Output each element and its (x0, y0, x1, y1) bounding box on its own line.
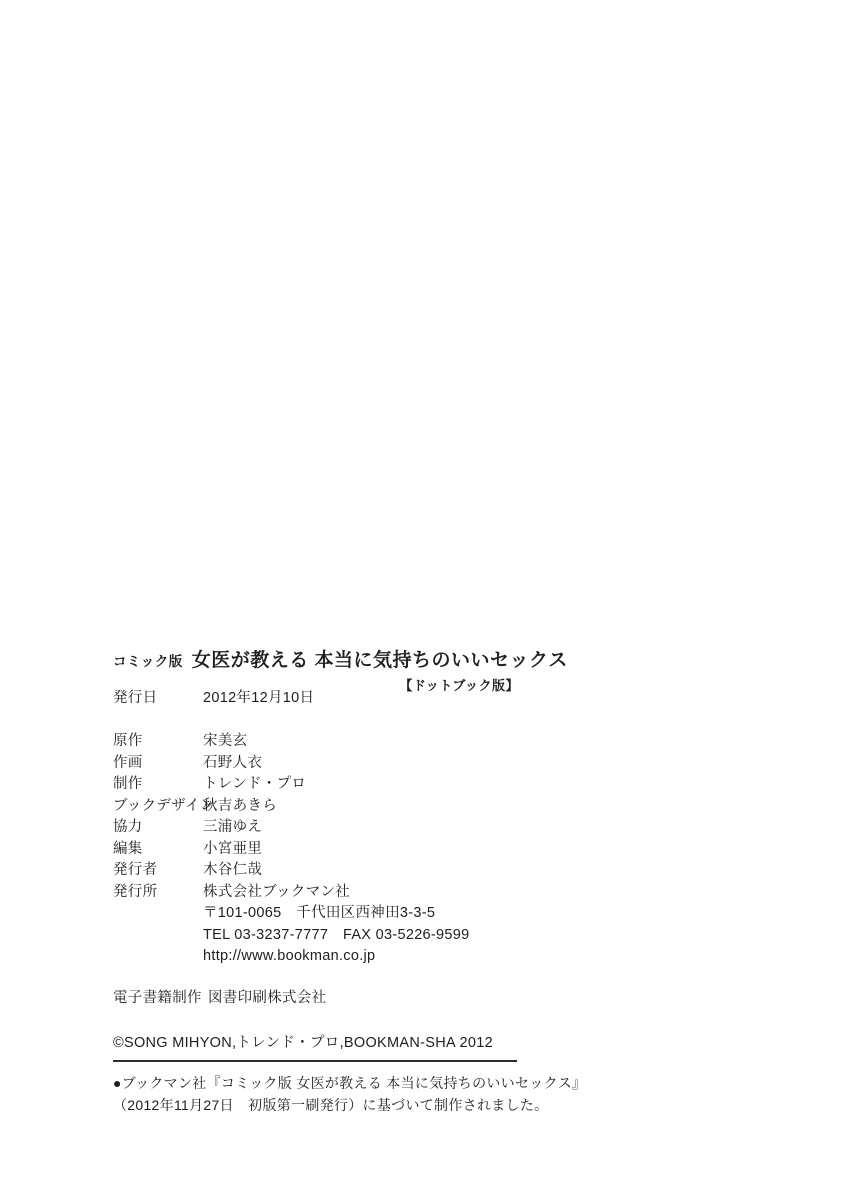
colophon-value: 宋美玄 (203, 731, 247, 753)
colophon-row-artist: 作画 石野人衣 (113, 753, 533, 775)
colophon-label: 制作 (113, 774, 203, 796)
divider-rule (113, 1060, 517, 1062)
colophon-label: 発行所 (113, 882, 203, 904)
colophon-value: 木谷仁哉 (203, 860, 262, 882)
colophon-label: 編集 (113, 839, 203, 861)
colophon-value: 三浦ゆえ (203, 817, 262, 839)
title-block: コミック版 女医が教える 本当に気持ちのいいセックス 【ドットブック版】 (113, 645, 519, 694)
ebook-production-value: 図書印刷株式会社 (208, 988, 326, 1010)
publisher-url: http://www.bookman.co.jp (203, 946, 543, 968)
copyright-line: ©SONG MIHYON,トレンド・プロ,BOOKMAN-SHA 2012 (113, 1031, 543, 1052)
colophon-row-publisher-person: 発行者 木谷仁哉 (113, 860, 533, 882)
ebook-production-row: 電子書籍制作 図書印刷株式会社 (113, 988, 533, 1010)
colophon-label: 発行日 (113, 688, 203, 710)
colophon-value: 小宮亜里 (203, 839, 262, 861)
publisher-details: 〒101-0065 千代田区西神田3-3-5 TEL 03-3237-7777 … (203, 903, 543, 968)
colophon-row-editor: 編集 小宮亜里 (113, 839, 533, 861)
colophon-value: 株式会社ブックマン社 (203, 882, 350, 904)
colophon-row-cooperation: 協力 三浦ゆえ (113, 817, 533, 839)
colophon-row-book-design: ブックデザイン 秋吉あきら (113, 796, 533, 818)
colophon-value: トレンド・プロ (203, 774, 306, 796)
source-note: ●ブックマン社『コミック版 女医が教える 本当に気持ちのいいセックス』 （201… (113, 1073, 533, 1116)
colophon-label: 作画 (113, 753, 203, 775)
title-row: コミック版 女医が教える 本当に気持ちのいいセックス (113, 645, 519, 672)
colophon-label: ブックデザイン (113, 796, 203, 818)
colophon-label: 発行者 (113, 860, 203, 882)
page-title: 女医が教える 本当に気持ちのいいセックス (192, 645, 568, 672)
ebook-production-label: 電子書籍制作 (113, 988, 208, 1010)
publisher-phone-fax: TEL 03-3237-7777 FAX 03-5226-9599 (203, 925, 543, 947)
source-note-line2: （2012年11月27日 初版第一刷発行）に基づいて制作されました。 (113, 1095, 533, 1117)
colophon-label: 原作 (113, 731, 203, 753)
series-label: コミック版 (113, 650, 183, 670)
credits-list: 原作 宋美玄 作画 石野人衣 制作 トレンド・プロ ブックデザイン 秋吉あきら … (113, 731, 533, 903)
source-note-line1: ●ブックマン社『コミック版 女医が教える 本当に気持ちのいいセックス』 (113, 1073, 533, 1095)
colophon-row-production: 制作 トレンド・プロ (113, 774, 533, 796)
publisher-address: 〒101-0065 千代田区西神田3-3-5 (203, 903, 543, 925)
colophon-row-issue-date: 発行日 2012年12月10日 (113, 688, 533, 710)
colophon-row-original-author: 原作 宋美玄 (113, 731, 533, 753)
colophon-row-publisher-company: 発行所 株式会社ブックマン社 (113, 882, 533, 904)
colophon-value: 2012年12月10日 (203, 688, 314, 710)
colophon-value: 秋吉あきら (203, 796, 277, 818)
colophon-label: 協力 (113, 817, 203, 839)
colophon-value: 石野人衣 (203, 753, 262, 775)
